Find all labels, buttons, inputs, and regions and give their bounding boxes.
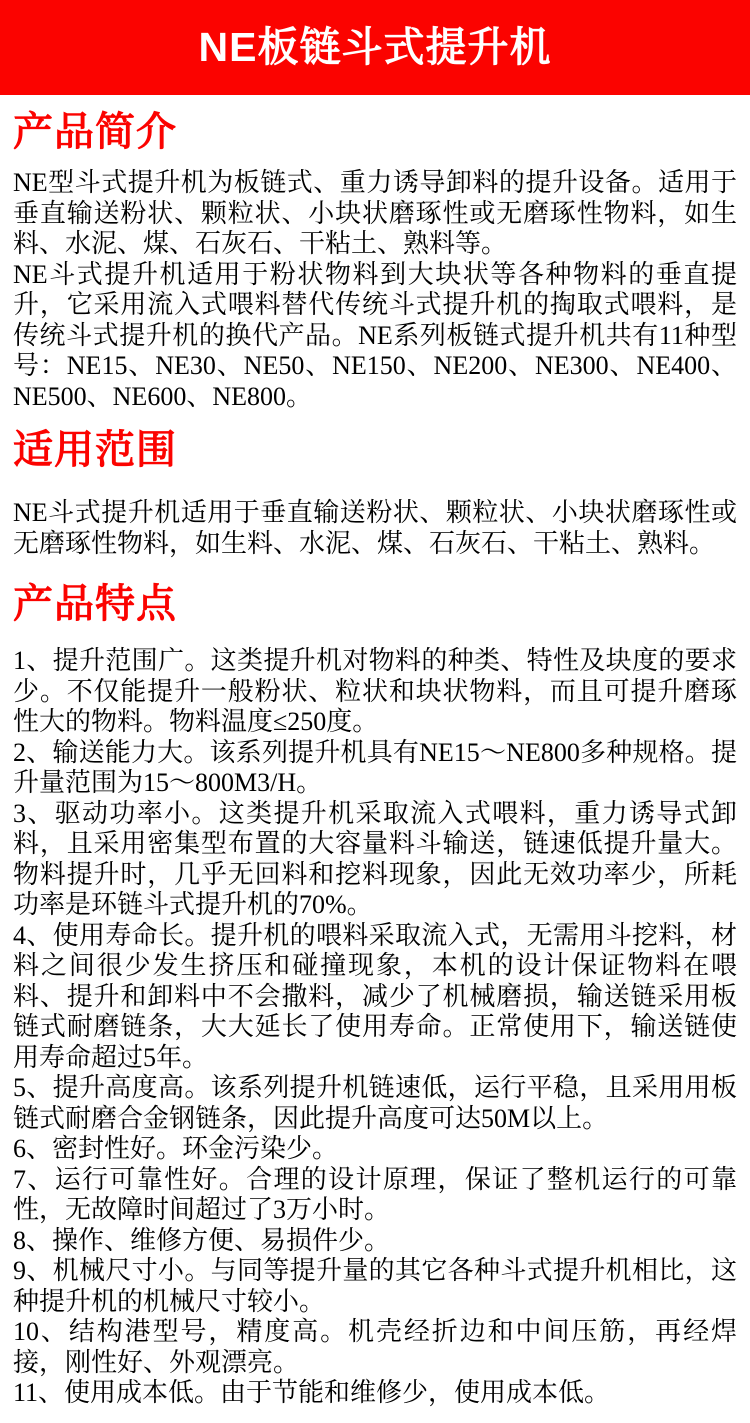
intro-paragraph-1: NE型斗式提升机为板链式、重力诱导卸料的提升设备。适用于垂直输送粉状、颗粒状、小… [13, 168, 737, 260]
title-banner: NE板链斗式提升机 [0, 0, 750, 95]
content-column: 产品简介 NE型斗式提升机为板链式、重力诱导卸料的提升设备。适用于垂直输送粉状、… [0, 112, 750, 1423]
intro-paragraph-2: NE斗式提升机适用于粉状物料到大块状等各种物料的垂直提升，它采用流入式喂料替代传… [13, 260, 737, 413]
section-application-range: 适用范围 NE斗式提升机适用于垂直输送粉状、颗粒状、小块状磨琢性或无磨琢性物料，… [13, 430, 737, 559]
feature-item-9: 9、机械尺寸小。与同等提升量的其它各种斗式提升机相比，这种提升机的机械尺寸较小。 [13, 1256, 737, 1317]
section-heading-product-intro: 产品简介 [13, 112, 737, 152]
section-heading-product-features: 产品特点 [13, 584, 737, 624]
feature-item-5: 5、提升高度高。该系列提升机链速低，运行平稳，且采用用板链式耐磨合金钢链条，因此… [13, 1073, 737, 1134]
feature-item-10: 10、结构港型号，精度高。机壳经折边和中间压筋，再经焊接，刚性好、外观漂亮。 [13, 1317, 737, 1378]
feature-item-1: 1、提升范围广。这类提升机对物料的种类、特性及块度的要求少。不仅能提升一般粉状、… [13, 646, 737, 738]
feature-item-4: 4、使用寿命长。提升机的喂料采取流入式，无需用斗挖料，材料之间很少发生挤压和碰撞… [13, 921, 737, 1074]
feature-item-11: 11、使用成本低。由于节能和维修少，使用成本低。 [13, 1378, 737, 1409]
feature-item-3: 3、驱动功率小。这类提升机采取流入式喂料，重力诱导式卸料，且采用密集型布置的大容… [13, 799, 737, 921]
section-heading-application-range: 适用范围 [13, 430, 737, 470]
page-title: NE板链斗式提升机 [199, 27, 552, 68]
feature-item-2: 2、输送能力大。该系列提升机具有NE15～NE800多种规格。提升量范围为15～… [13, 738, 737, 799]
section-product-features: 产品特点 1、提升范围广。这类提升机对物料的种类、特性及块度的要求少。不仅能提升… [13, 584, 737, 1409]
feature-item-7: 7、运行可靠性好。合理的设计原理，保证了整机运行的可靠性，无故障时间超过了3万小… [13, 1165, 737, 1226]
section-product-intro: 产品简介 NE型斗式提升机为板链式、重力诱导卸料的提升设备。适用于垂直输送粉状、… [13, 112, 737, 412]
feature-item-6: 6、密封性好。环金污染少。 [13, 1134, 737, 1165]
feature-item-8: 8、操作、维修方便、易损件少。 [13, 1226, 737, 1257]
application-range-paragraph: NE斗式提升机适用于垂直输送粉状、颗粒状、小块状磨琢性或无磨琢性物料，如生料、水… [13, 498, 737, 559]
product-detail-page: NE板链斗式提升机 产品简介 NE型斗式提升机为板链式、重力诱导卸料的提升设备。… [0, 0, 750, 1423]
